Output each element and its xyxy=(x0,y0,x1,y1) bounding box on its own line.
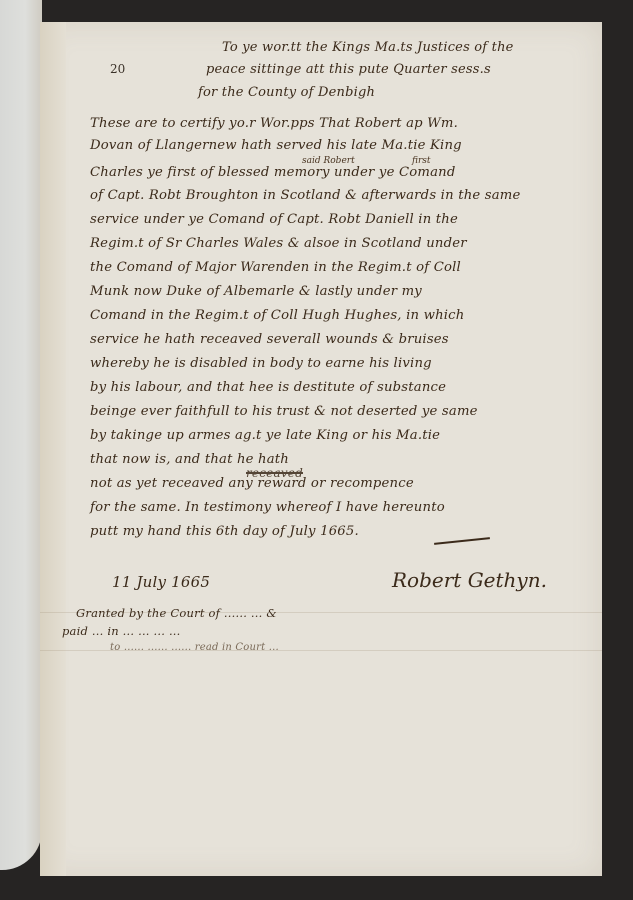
body-line: service under ye Comand of Capt. Robt Da… xyxy=(90,212,458,227)
body-line: that now is, and that he hath xyxy=(90,452,289,467)
interlineation: said Robert xyxy=(302,156,355,166)
date-note: 11 July 1665 xyxy=(112,573,210,591)
body-line: by his labour, and that hee is destitute… xyxy=(90,380,446,395)
struck-word: receaved xyxy=(246,466,303,480)
adjacent-page-edge xyxy=(0,0,42,870)
body-line: the Comand of Major Warenden in the Regi… xyxy=(90,260,461,275)
body-line: Regim.t of Sr Charles Wales & alsoe in S… xyxy=(90,236,467,251)
body-line: whereby he is disabled in body to earne … xyxy=(90,356,432,371)
body-line: Dovan of Llangernew hath served his late… xyxy=(90,138,462,153)
interlineation: first xyxy=(412,156,431,166)
body-line: Munk now Duke of Albemarle & lastly unde… xyxy=(90,284,422,299)
endorsement-line: to ...... ...... ...... read in Court ..… xyxy=(110,642,279,653)
endorsement-line: Granted by the Court of ...... ... & xyxy=(76,606,277,620)
address-line-1: To ye wor.tt the Kings Ma.ts Justices of… xyxy=(222,40,514,55)
body-line: These are to certify yo.r Wor.pps That R… xyxy=(90,116,458,131)
body-line: of Capt. Robt Broughton in Scotland & af… xyxy=(90,188,521,203)
folio-number: 20 xyxy=(110,62,125,76)
closing-flourish xyxy=(434,537,490,545)
endorsement-line: paid ... in ... ... ... ... xyxy=(62,624,181,638)
body-line: Comand in the Regim.t of Coll Hugh Hughe… xyxy=(90,308,464,323)
body-line: beinge ever faithfull to his trust & not… xyxy=(90,404,478,419)
body-line: by takinge up armes ag.t ye late King or… xyxy=(90,428,440,443)
body-line: Charles ye first of blessed memory under… xyxy=(90,165,456,180)
address-line-3: for the County of Denbigh xyxy=(198,85,375,100)
body-line: for the same. In testimony whereof I hav… xyxy=(90,500,445,515)
signature: Robert Gethyn. xyxy=(392,568,547,592)
body-line: putt my hand this 6th day of July 1665. xyxy=(90,524,359,539)
body-line: service he hath receaved severall wounds… xyxy=(90,332,449,347)
address-line-2: peace sittinge att this pute Quarter ses… xyxy=(206,62,491,77)
manuscript-page: 20 To ye wor.tt the Kings Ma.ts Justices… xyxy=(40,22,602,876)
